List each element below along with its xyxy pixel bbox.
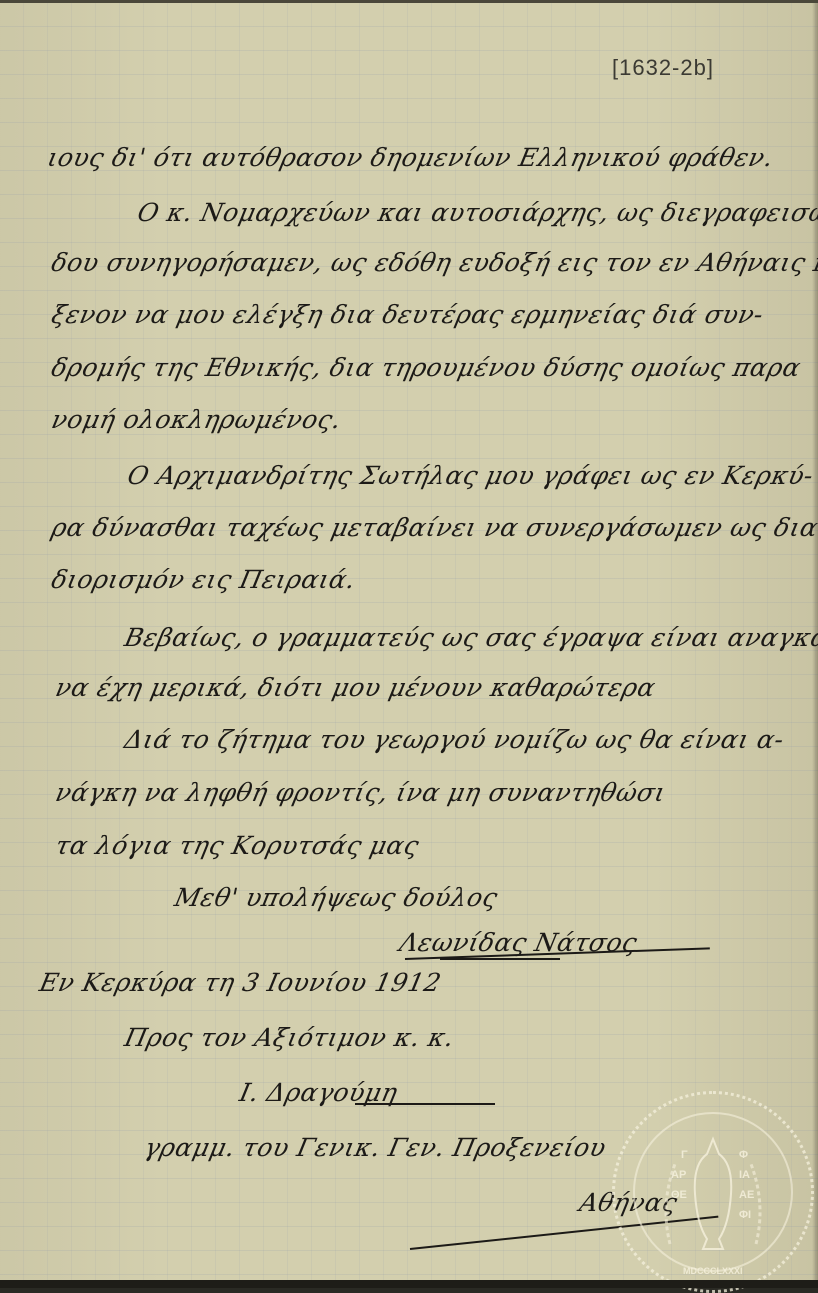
seal-letter: ΑΡ bbox=[671, 1169, 686, 1181]
seal-letter: ΦΙ bbox=[739, 1209, 751, 1221]
body-line-2: Ο κ. Νομαρχεύων και αυτοσιάρχης, ως διεγ… bbox=[135, 198, 818, 227]
body-line-1: ιους δι' ότι αυτόθρασον δηομενίων Ελληνι… bbox=[45, 143, 776, 172]
body-line-4: ξενον να μου ελέγξη δια δευτέρας ερμηνεί… bbox=[49, 300, 766, 329]
date-stroke bbox=[440, 958, 560, 960]
body-line-11: να έχη μερικά, διότι μου μένουν καθαρώτε… bbox=[53, 673, 658, 702]
recipient-name-underline bbox=[355, 1103, 495, 1105]
scan-bottom-edge bbox=[0, 1280, 818, 1288]
body-line-9: διορισμόν εις Πειραιά. bbox=[49, 565, 358, 594]
body-line-10: Βεβαίως, ο γραμματεύς ως σας έγραψα είνα… bbox=[122, 623, 818, 652]
seal-letter: ΘΕ bbox=[671, 1189, 687, 1201]
date-line: Εν Κερκύρα τη 3 Ιουνίου 1912 bbox=[37, 968, 444, 997]
seal-year: MDCCCLXXXI bbox=[683, 1266, 743, 1276]
amphora-icon bbox=[615, 1094, 811, 1288]
body-line-7: Ο Αρχιμανδρίτης Σωτήλας μου γράφει ως εν… bbox=[125, 461, 816, 490]
embossed-seal: Γ ΑΡ ΘΕ Φ ΙΑ ΑΕ ΦΙ MDCCCLXXXI bbox=[612, 1091, 814, 1288]
body-line-5: δρομής της Εθνικής, δια τηρουμένου δύσης… bbox=[49, 353, 804, 382]
archive-reference: [1632-2b] bbox=[612, 55, 714, 81]
body-line-8: ρα δύνασθαι ταχέως μεταβαίνει να συνεργά… bbox=[49, 513, 818, 542]
seal-letter: Φ bbox=[739, 1149, 748, 1161]
seal-letter: Γ bbox=[681, 1149, 688, 1161]
body-line-6: νομή ολοκληρωμένος. bbox=[49, 405, 344, 434]
body-line-14: τα λόγια της Κορυτσάς μας bbox=[53, 831, 422, 860]
seal-letter: ΑΕ bbox=[739, 1189, 754, 1201]
closing-line: Μεθ' υπολήψεως δούλος bbox=[172, 883, 501, 912]
recipient-line-1: Προς τον Αξιότιμον κ. κ. bbox=[122, 1023, 457, 1052]
body-line-3: δου συνηγορήσαμεν, ως εδόθη ευδοξή εις τ… bbox=[49, 248, 818, 277]
body-line-13: νάγκη να ληφθή φροντίς, ίνα μη συναντηθώ… bbox=[53, 778, 668, 807]
body-line-12: Διά το ζήτημα του γεωργού νομίζω ως θα ε… bbox=[122, 725, 787, 754]
recipient-line-3: γραμμ. του Γενικ. Γεν. Προξενείου bbox=[142, 1133, 609, 1162]
seal-letter: ΙΑ bbox=[739, 1169, 750, 1181]
letter-page: [1632-2b] ιους δι' ότι αυτόθρασον δηομεν… bbox=[0, 0, 818, 1285]
